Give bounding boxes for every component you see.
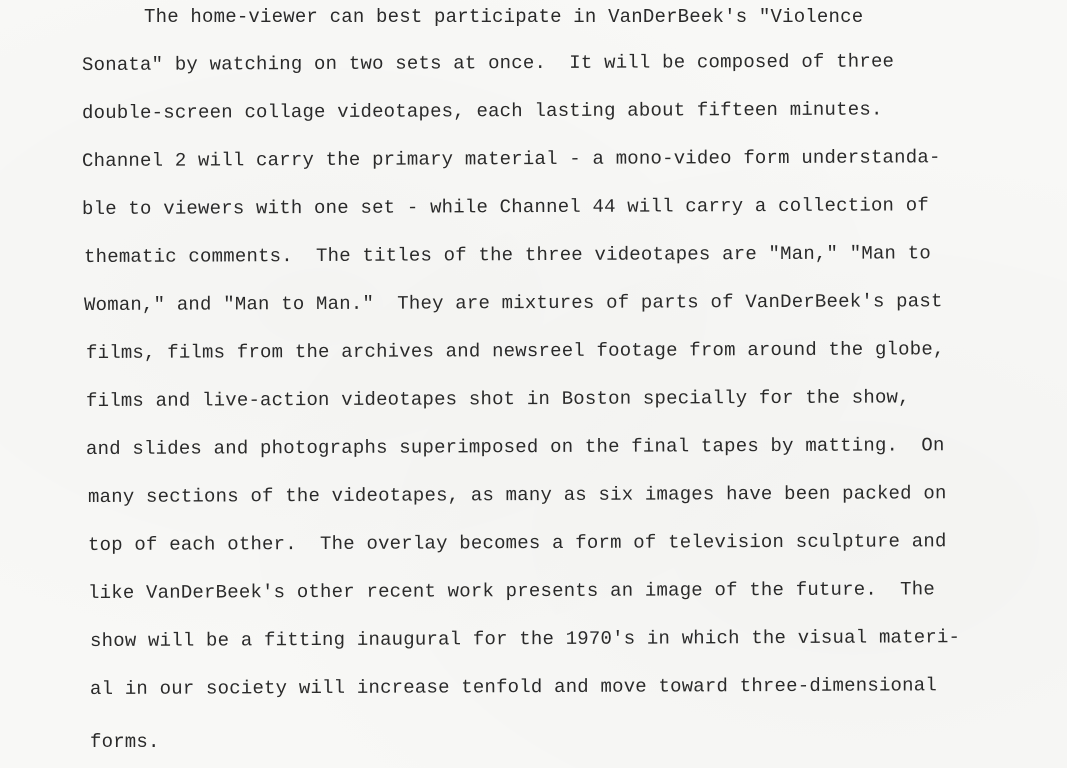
text-line: many sections of the videotapes, as many… bbox=[88, 484, 947, 507]
text-line: double-screen collage videotapes, each l… bbox=[82, 101, 883, 123]
document-page: The home-viewer can best participate in … bbox=[0, 0, 1067, 768]
text-line: and slides and photographs superimposed … bbox=[86, 436, 945, 459]
text-line: Woman," and "Man to Man." They are mixtu… bbox=[84, 292, 943, 315]
text-line: The home-viewer can best participate in … bbox=[144, 8, 896, 27]
text-line: thematic comments. The titles of the thr… bbox=[84, 244, 931, 267]
text-line: top of each other. The overlay becomes a… bbox=[88, 532, 947, 555]
text-line: Channel 2 will carry the primary materia… bbox=[82, 148, 941, 171]
text-line: ble to viewers with one set - while Chan… bbox=[82, 196, 929, 219]
text-line: films and live-action videotapes shot in… bbox=[86, 388, 910, 411]
text-line: show will be a fitting inaugural for the… bbox=[90, 628, 960, 651]
text-line: Sonata" by watching on two sets at once.… bbox=[82, 52, 894, 75]
text-line: forms. bbox=[90, 733, 160, 752]
text-line: like VanDerBeek's other recent work pres… bbox=[88, 580, 935, 603]
text-line: films, films from the archives and newsr… bbox=[86, 340, 945, 363]
text-line: al in our society will increase tenfold … bbox=[90, 676, 937, 699]
